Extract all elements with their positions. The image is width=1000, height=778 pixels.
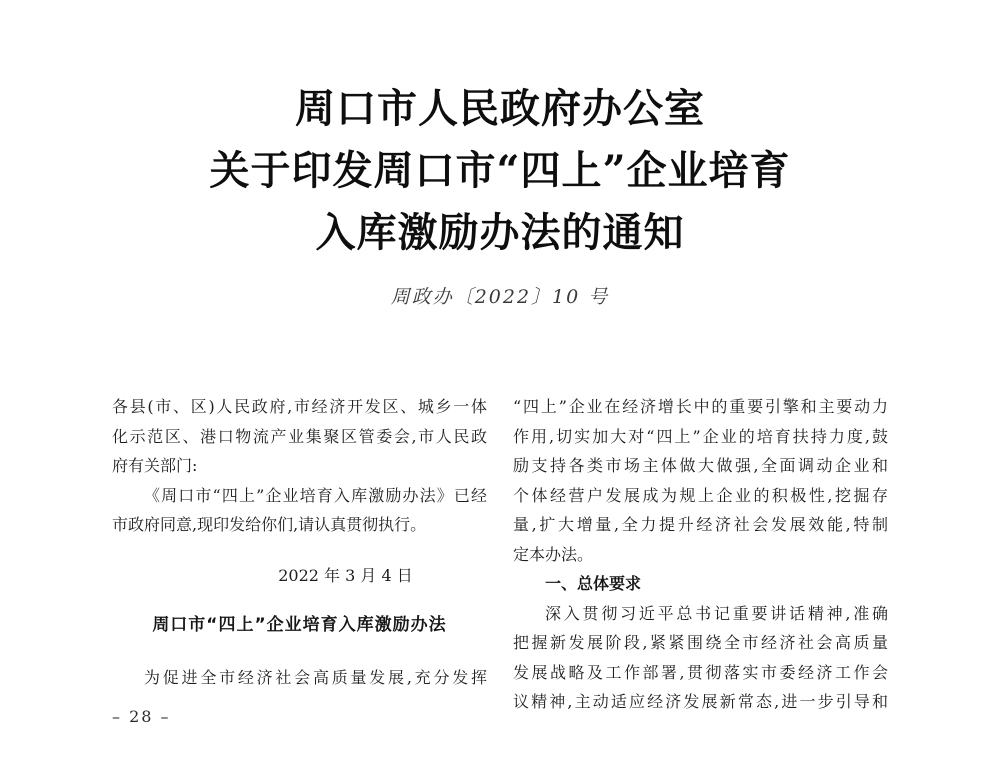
page-number: – 28 –: [112, 708, 171, 726]
text-line: 把握新发展阶段,紧紧围绕全市经济社会高质量: [513, 628, 888, 658]
title-line-2: 关于印发周口市“四上”企业培育: [0, 140, 1000, 202]
paragraph: 《周口市“四上”企业培育入库激励办法》已经市政府同意,现印发给你们,请认真贯彻执…: [112, 481, 487, 540]
text-line: 量,扩大增量,全力提升经济社会发展效能,特制: [513, 510, 888, 540]
paragraph: 各县(市、区)人民政府,市经济开发区、城乡一体化示范区、港口物流产业集聚区管委会…: [112, 392, 487, 481]
text-line: 发展战略及工作部署,贯彻落实市委经济工作会: [513, 658, 888, 688]
document-title: 周口市人民政府办公室 关于印发周口市“四上”企业培育 入库激励办法的通知: [0, 78, 1000, 264]
measures-subtitle: 周口市“四上”企业培育入库激励办法: [112, 611, 487, 641]
issue-date: 2022 年 3 月 4 日: [112, 561, 487, 591]
text-line: 深入贯彻习近平总书记重要讲话精神,准确: [513, 599, 888, 629]
text-line: 为促进全市经济社会高质量发展,充分发挥: [112, 663, 487, 693]
section-heading: 一、总体要求: [513, 569, 888, 599]
paragraph: “四上”企业在经济增长中的重要引擎和主要动力作用,切实加大对“四上”企业的培育扶…: [513, 392, 888, 569]
title-line-3: 入库激励办法的通知: [0, 202, 1000, 264]
left-column: 各县(市、区)人民政府,市经济开发区、城乡一体化示范区、港口物流产业集聚区管委会…: [112, 392, 487, 717]
text-line: 府有关部门:: [112, 451, 487, 481]
text-line: 各县(市、区)人民政府,市经济开发区、城乡一体: [112, 392, 487, 422]
text-line: 市政府同意,现印发给你们,请认真贯彻执行。: [112, 510, 487, 540]
text-line: 化示范区、港口物流产业集聚区管委会,市人民政: [112, 422, 487, 452]
document-page: 周口市人民政府办公室 关于印发周口市“四上”企业培育 入库激励办法的通知 周政办…: [0, 0, 1000, 778]
right-column: “四上”企业在经济增长中的重要引擎和主要动力作用,切实加大对“四上”企业的培育扶…: [513, 392, 888, 717]
text-line: 定本办法。: [513, 540, 888, 570]
text-line: 作用,切实加大对“四上”企业的培育扶持力度,鼓: [513, 422, 888, 452]
paragraph: 为促进全市经济社会高质量发展,充分发挥: [112, 663, 487, 693]
text-line: 《周口市“四上”企业培育入库激励办法》已经: [112, 481, 487, 511]
paragraph: 深入贯彻习近平总书记重要讲话精神,准确把握新发展阶段,紧紧围绕全市经济社会高质量…: [513, 599, 888, 717]
text-line: 个体经营户发展成为规上企业的积极性,挖掘存: [513, 481, 888, 511]
text-line: 议精神,主动适应经济发展新常态,进一步引导和: [513, 687, 888, 717]
title-line-1: 周口市人民政府办公室: [0, 78, 1000, 140]
body-columns: 各县(市、区)人民政府,市经济开发区、城乡一体化示范区、港口物流产业集聚区管委会…: [0, 392, 1000, 717]
document-number: 周政办〔2022〕10 号: [0, 284, 1000, 310]
text-line: 励支持各类市场主体做大做强,全面调动企业和: [513, 451, 888, 481]
text-line: “四上”企业在经济增长中的重要引擎和主要动力: [513, 392, 888, 422]
